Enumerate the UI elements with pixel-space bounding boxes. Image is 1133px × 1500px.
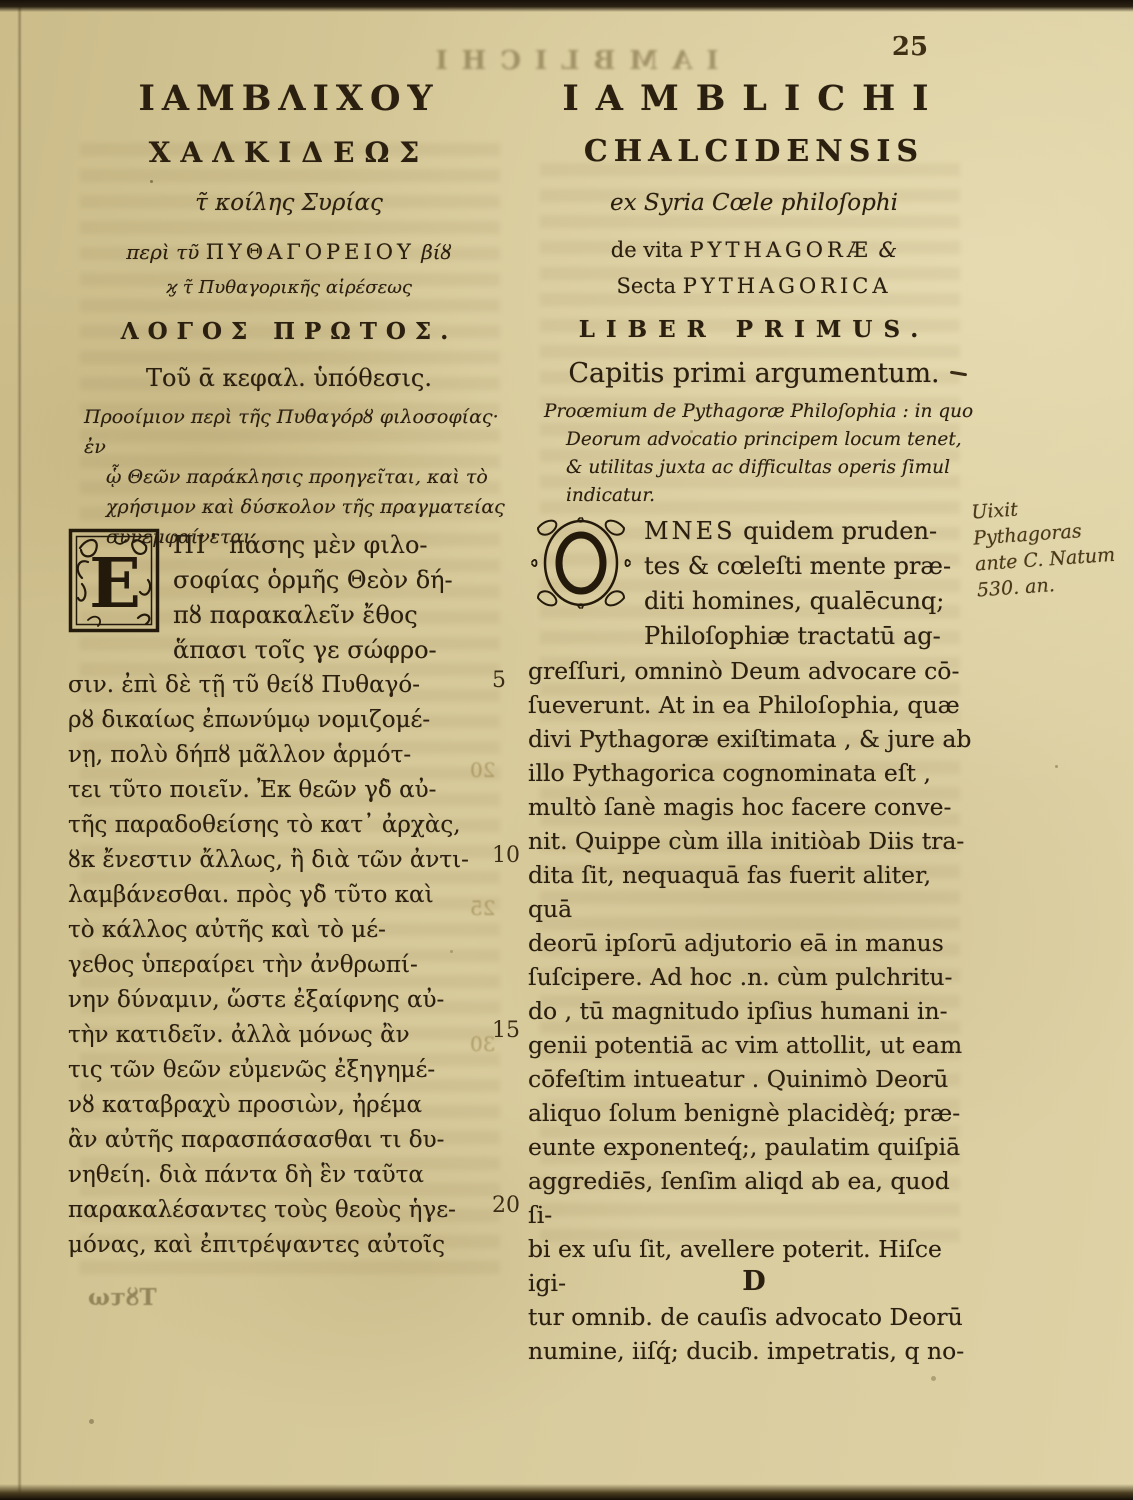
greek-body-line: τὸ κάλλος αὐτῆς καὶ τὸ μέ- [68,913,510,948]
greek-body-line: τις τῶν θεῶν εὐμενῶς ἐξηγημέ- [68,1053,510,1088]
latin-argument-line: & utilitas juxta ac difficultas operis ſ… [566,454,974,482]
latin-line-devita: de vita PYTHAGORÆ & [528,238,980,262]
latin-body-line: eunte exponenteq́;, paulatim quiſpiā [528,1130,980,1164]
greek-heading-hypothesis: Τοῦ ᾱ κεφαλ. ὑπόθεσις. [68,364,510,392]
greek-body-line: παρακαλέσαντες τοὺς θεοὺς ἡγε- [68,1193,510,1228]
latin-body-line: tur omnib. de cauſis advocato Deorū [528,1300,980,1334]
latin-body-line: ſuſcipere. Ad hoc .n. cùm pulchritu- [528,960,980,994]
latin-heading-liber-primus: LIBER PRIMUS. [528,316,980,343]
greek-body-line: τὴν κατιδεῖν. ἀλλὰ μόνως ἂν [68,1018,510,1053]
latin-body-line: greſſuri, omninò Deum advocare cō- [528,654,980,688]
latin-body-line: divi Pythagoræ exiſtimata , & jure ab [528,722,980,756]
latin-body-line: numine, iiſq́; ducib. impetratis, q no- [528,1334,980,1368]
latin-first-caps: MNES [644,517,736,545]
line-number-20: 20 [492,1193,532,1218]
latin-body-text: MNES quidem pruden- tes & cœleſti mente … [528,514,980,1368]
line-number-10: 10 [492,843,532,868]
signature-mark-d: D [528,1266,980,1297]
greek-body-line: λαμβάνεσθαι. πρὸς γδ̀ τῦτο καὶ [68,878,510,913]
latin-body-line: Philoſophiæ tractatū ag- [644,619,951,654]
latin-body-line: nit. Quippe cùm illa initiòab Diis tra- [528,824,980,858]
greek-peri-pre: περὶ τῦ [126,240,205,264]
latin-body-line: multò ſanè magis hoc facere conve- [528,790,980,824]
drop-cap-o-ornate [528,514,634,612]
page-number: 25 [868,32,952,62]
latin-body-line: cōfeſtim intueatur . Quinimò Deorū [528,1062,980,1096]
greek-peri-post: βίȣ [415,240,452,264]
greek-body-line: γεθος ὑπεραίρει τὴν ἀνθρωπί- [68,948,510,983]
greek-argument-line: χρήσιμον καὶ δύσκολον τῆς πραγματείας [106,492,510,522]
latin-body-full-lines: greſſuri, omninò Deum advocare cō-ſuever… [528,654,980,1368]
latin-secta-caps: PYTHAGORICA [683,274,892,298]
greek-body-line: σιν. ἐπὶ δὲ τῇ τῦ θείȣ Πυθαγό- [68,668,510,703]
latin-devita-caps: PYTHAGORÆ [690,238,872,262]
latin-body-line: illo Pythagorica cognominata eſt , [528,756,980,790]
scan-edge-bottom [0,1484,1133,1500]
latin-line-secta: Secta PYTHAGORICA [528,274,980,298]
latin-devita-pre: de vita [611,238,690,262]
greek-body-line: νηθείη. διὰ πάντα δὴ ἓν ταῦτα [68,1158,510,1193]
latin-heading-capitis: Capitis primi argumentum. [528,358,980,389]
latin-subtitle-syria: ex Syria Cœle philoſophi [528,190,980,216]
latin-argument-line: Deorum advocatio principem locum tenet, [566,426,974,454]
line-number-5: 5 [492,668,532,693]
greek-body-line: μόνας, καὶ ἐπιτρέψαντες αὐτοῖς [68,1228,510,1263]
line-number-15: 15 [492,1018,532,1043]
latin-body-line: aggrediēs, ſenſim aliqd ab ea, quod ſi- [528,1164,980,1232]
bleedthrough-bottom-word: Τȣτω [88,1284,157,1311]
greek-body-line: νῃ, πολὺ δήπȣ μᾶλλον ἁρμότ- [68,738,510,773]
latin-body-line: do , tū magnitudo ipſius humani in- [528,994,980,1028]
latin-body-line: deorū ipſorū adjutorio eā in manus [528,926,980,960]
latin-argument-line: indicatur. [566,482,974,510]
latin-title-chalcidensis: CHALCIDENSIS [528,134,980,169]
latin-secta-pre: Secta [616,274,682,298]
page-fold-crease [17,0,22,1500]
greek-body-line: ρȣ δικαίως ἐπωνύμῳ νομιζομέ- [68,703,510,738]
greek-first-caps: ΠΙ᾽ [173,531,221,559]
greek-title-iamblichou: ΙΑΜΒΛΙΧΟΥ [68,78,510,119]
greek-body-line: νȣ καταβραχὺ προσιὼν, ἠρέμα [68,1088,510,1123]
greek-argument-line: ᾧ Θεῶν παράκλησις προηγεῖται, καὶ τὸ [106,462,510,492]
latin-body-line: dita ſit, nequaquā fas fuerit aliter, qu… [528,858,980,926]
latin-body-line: MNES quidem pruden- [644,514,951,549]
latin-body-line: genii potentiā ac vim attollit, ut eam [528,1028,980,1062]
greek-body-text: E ΠΙ᾽ πάσης μὲν φιλο- σοφίας ὁρμῆς Θεὸν … [68,528,510,1263]
svg-text:E: E [89,544,141,624]
greek-body-full-lines: σιν. ἐπὶ δὲ τῇ τῦ θείȣ Πυθαγό-ρȣ δικαίως… [68,668,510,1263]
greek-peri-caps: ΠΥΘΑΓΟΡΕΙΟΥ [206,240,415,264]
handwritten-marginal-note: Uixit Pythagoras ante C. Natum 530. an. [971,489,1133,604]
greek-body-line: πȣ παρακαλεῖν ἔθος [173,598,453,633]
greek-body-line: τει τῦτο ποιεῖν. Ἐκ θεῶν γδ̀ αὐ- [68,773,510,808]
greek-body-line: τῆς παραδοθείσης τὸ κατ᾽ ἀρχὰς, [68,808,510,843]
latin-title-iamblichi: IAMBLICHI [528,78,980,119]
book-page-scan: IAMBLICHI 20 25 30 Τȣτω 25 ΙΑΜΒΛΙΧΟΥ ΧΑΛ… [0,0,1133,1500]
greek-body-line: νην δύναμιν, ὥστε ἐξαίφνης αὐ- [68,983,510,1018]
latin-body-line: ſueverunt. At in ea Philoſophia, quæ [528,688,980,722]
greek-heading-logos-protos: ΛΟΓΟΣ ΠΡΩΤΟΣ. [68,318,510,345]
greek-body-line: ΠΙ᾽ πάσης μὲν φιλο- [173,528,453,563]
greek-first-rest: πάσης μὲν φιλο- [221,531,427,559]
greek-body-line: ἂν αὐτῆς παρασπάσασθαι τι δυ- [68,1123,510,1158]
greek-line-pythagoreiou: περὶ τῦ ΠΥΘΑΓΟΡΕΙΟΥ βίȣ [68,240,510,264]
greek-body-line: ἅπασι τοῖς γε σώφρο- [173,633,453,668]
greek-body-line: σοφίας ὁρμῆς Θεὸν δή- [173,563,453,598]
greek-argument-line: Προοίμιον περὶ τῆς Πυθαγόρȣ φιλοσοφίας· … [84,402,510,462]
latin-body-line: tes & cœleſti mente præ- [644,549,951,584]
drop-cap-e-ornate: E [68,528,160,634]
latin-argument-paragraph: Proœmium de Pythagoræ Philoſophia : in q… [544,398,974,510]
bleedthrough-running-title: IAMBLICHI [320,46,820,76]
latin-argument-line: Proœmium de Pythagoræ Philoſophia : in q… [544,398,974,426]
greek-subtitle-syria: τ̃ κοίλης Συρίας [68,190,510,216]
greek-body-line: ȣκ ἔνεστιν ἄλλως, ἢ διὰ τῶν ἀντι- [68,843,510,878]
latin-body-line: diti homines, qualēcunq; [644,584,951,619]
latin-devita-amp: & [872,238,897,262]
latin-first-rest: quidem pruden- [736,517,938,545]
greek-line-haireseos: ϗ τ̃ Πυθαγορικῆς αἱρέσεως [68,277,510,298]
scan-edge-top [0,0,1133,12]
greek-title-chalkideos: ΧΑΛΚΙΔΕΩΣ [68,136,510,169]
latin-body-line: aliquo ſolum benignè placidèq́; præ- [528,1096,980,1130]
